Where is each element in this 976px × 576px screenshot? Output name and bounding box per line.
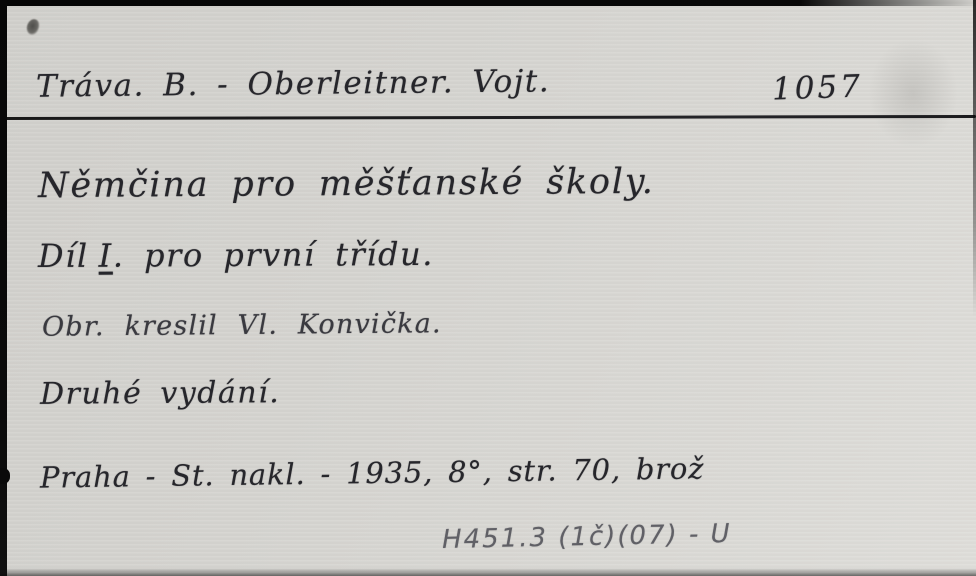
imprint-line: Praha - St. nakl. - 1935, 8°, str. 70, b… <box>40 451 705 494</box>
catalog-number: 1057 <box>771 68 863 107</box>
scan-edge-top <box>0 0 976 6</box>
volume-suffix: . pro první třídu. <box>113 235 434 275</box>
ink-blot <box>25 18 41 36</box>
volume-prefix: Díl <box>38 237 89 275</box>
paper-smudge <box>868 38 958 148</box>
title-line: Němčina pro měšťanské školy. <box>38 162 655 206</box>
volume-line: DílI. pro první třídu. <box>38 235 434 275</box>
classification-pencil-note: H451.3 (1č)(07) - U <box>442 519 732 555</box>
illustrator-line: Obr. kreslil Vl. Konvička. <box>42 308 442 342</box>
heading-rule <box>0 115 976 120</box>
scanned-catalog-card: Tráva. B. - Oberleitner. Vojt. 1057 Němč… <box>0 0 976 576</box>
scan-edge-bottom <box>0 568 976 576</box>
scan-edge-left <box>0 0 7 576</box>
edition-line: Druhé vydání. <box>40 375 281 412</box>
volume-numeral-underlined: I <box>99 237 113 275</box>
card-paper: Tráva. B. - Oberleitner. Vojt. 1057 Němč… <box>0 0 976 576</box>
author-heading: Tráva. B. - Oberleitner. Vojt. <box>36 63 550 104</box>
scan-edge-notch <box>0 468 10 484</box>
